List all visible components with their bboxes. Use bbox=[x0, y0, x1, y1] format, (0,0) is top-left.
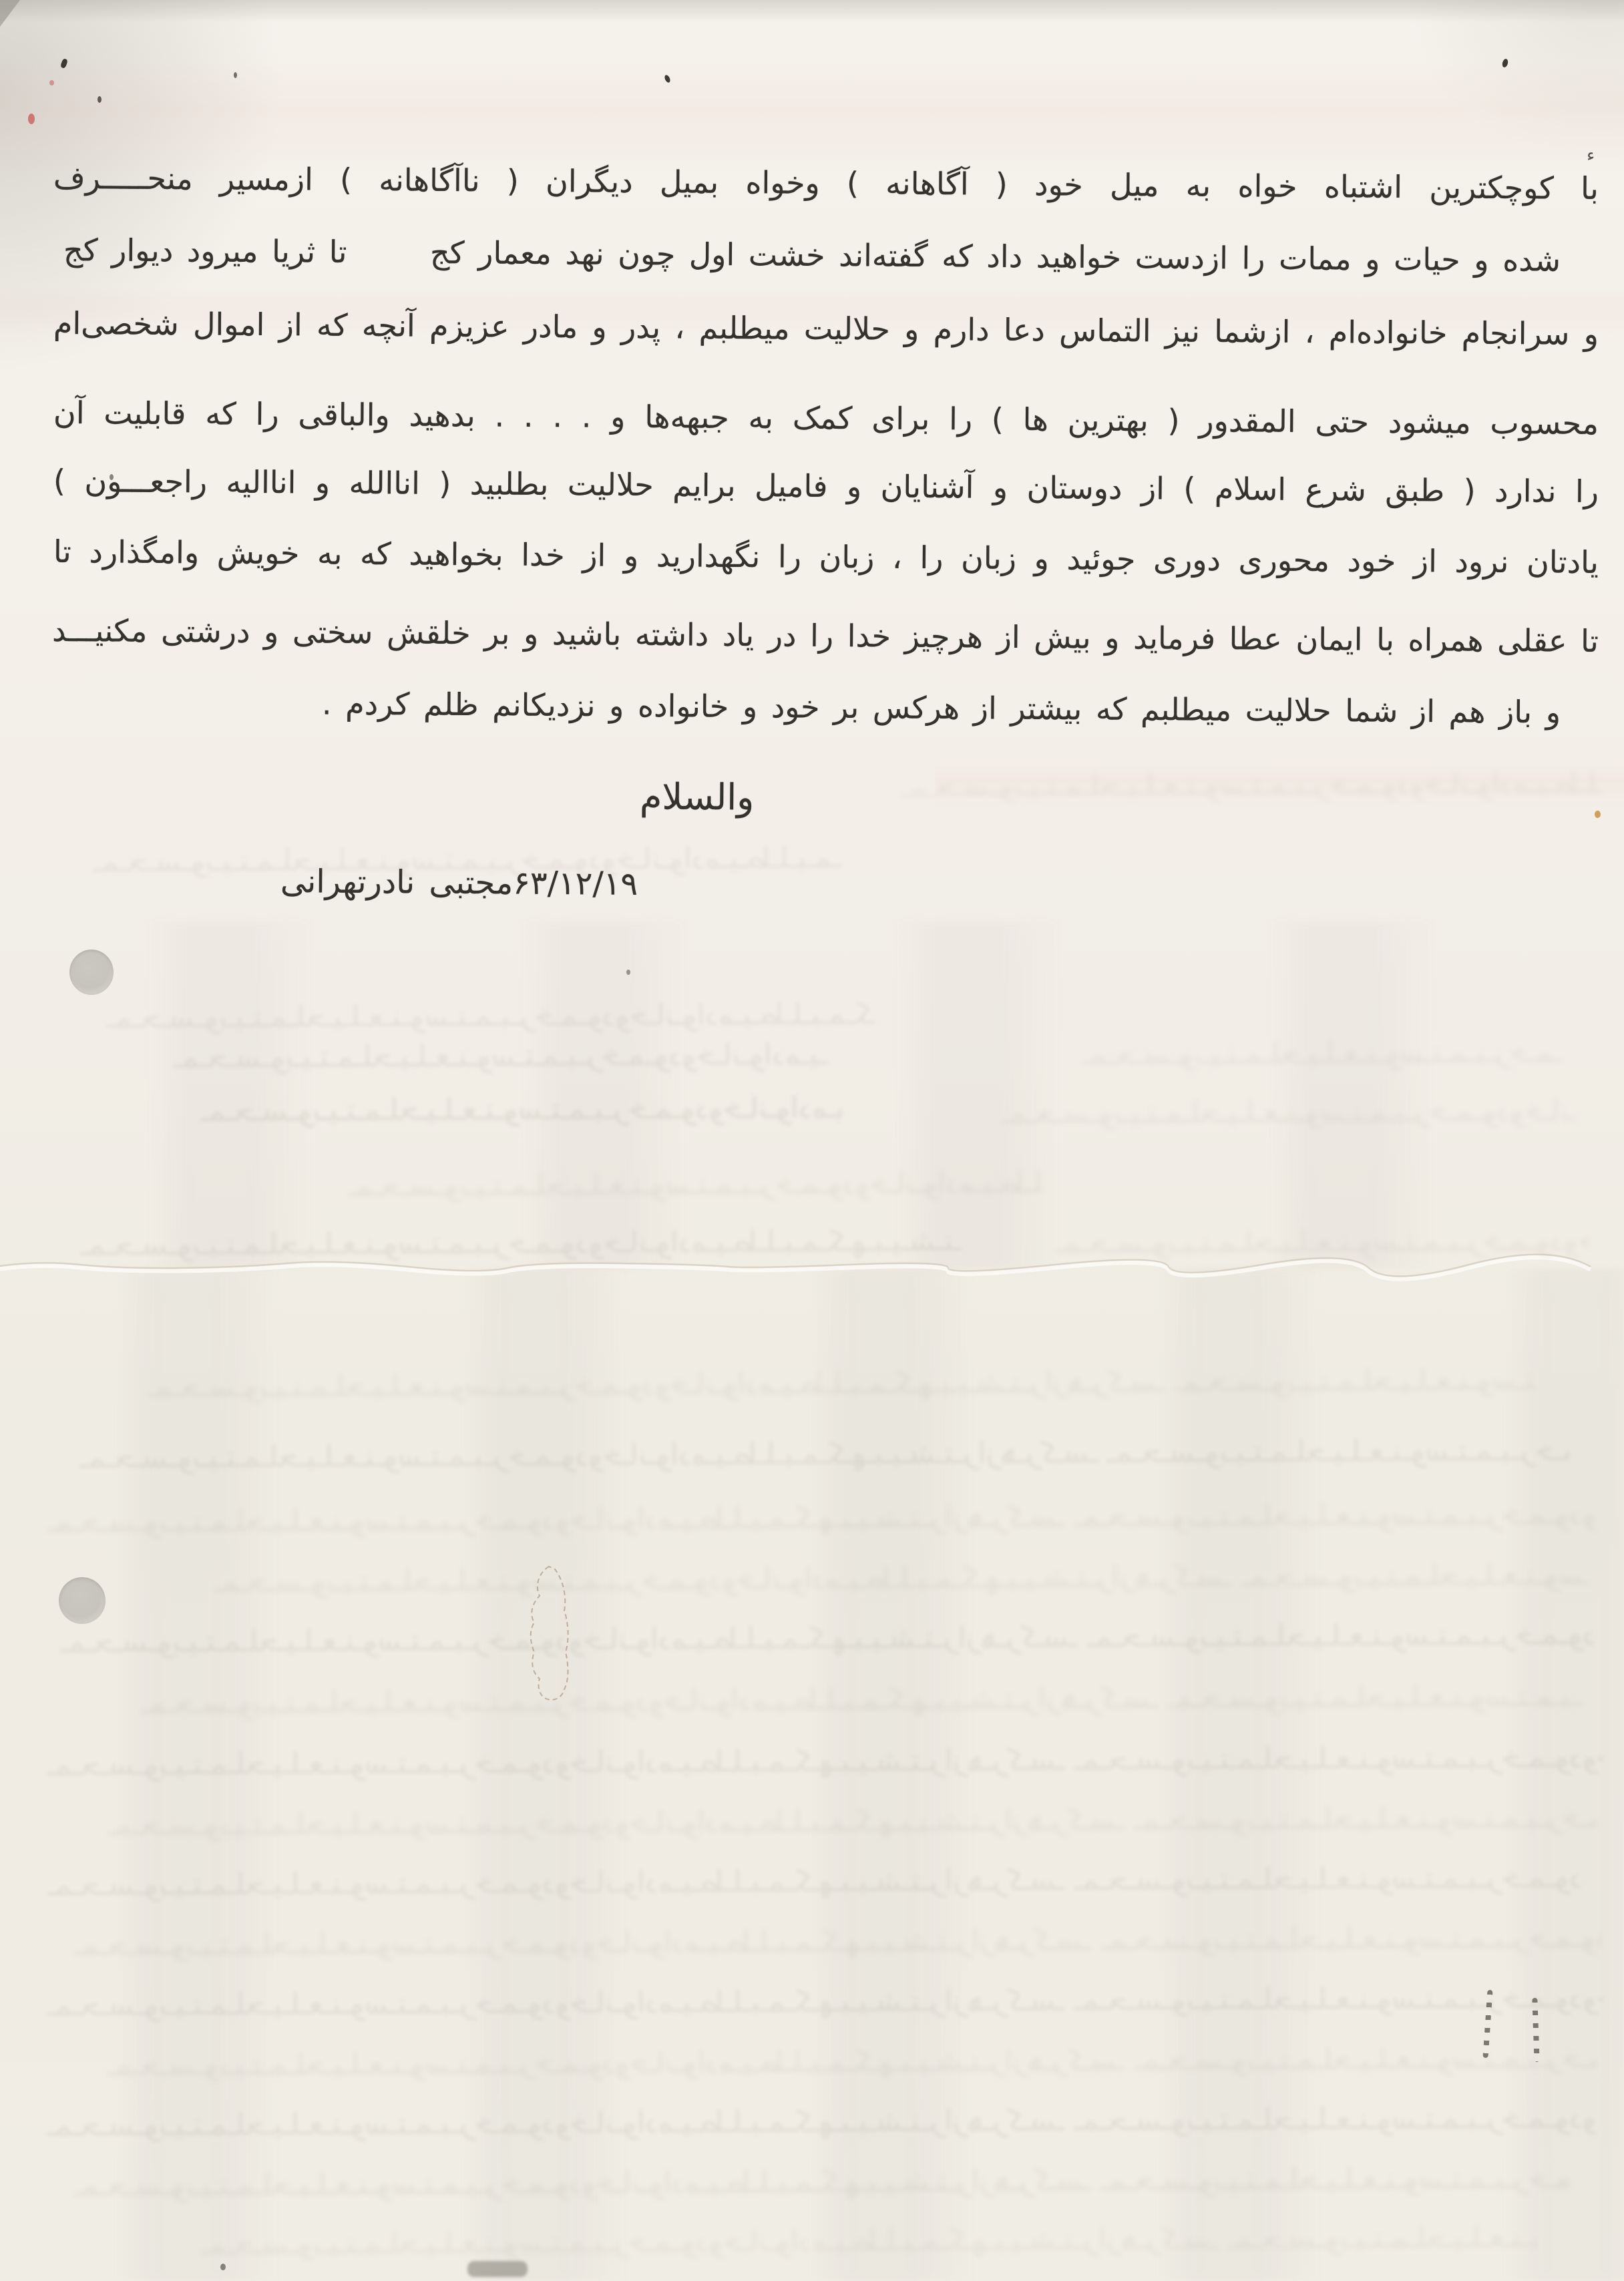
letter-line-7: تا عقلی همراه با ایمان عطا فرماید و بیش … bbox=[53, 612, 1599, 661]
orange-speck bbox=[1595, 811, 1601, 818]
letter-line-2: شده و حیات و ممات را ازدست خواهید داد که… bbox=[63, 231, 1561, 280]
letter-line-3: و سرانجام خانواده‌ام ، ازشما نیز التماس … bbox=[53, 304, 1599, 354]
signature-name: مجتبی نادرتهرانی bbox=[280, 863, 514, 901]
closing-salutation: والسلام bbox=[640, 774, 755, 820]
letter-line-4: محسوب میشود حتی المقدور ( بهترین ها ) را… bbox=[53, 394, 1599, 443]
scanned-letter-page: ء با کوچکترین اشتباه خواه به میل خود ( آ… bbox=[0, 0, 1624, 2281]
ink-speck bbox=[110, 474, 114, 480]
hamza-mark: ء bbox=[1587, 146, 1595, 166]
letter-line-2-main: شده و حیات و ممات را ازدست خواهید داد که… bbox=[430, 234, 1561, 280]
red-speck bbox=[49, 80, 54, 85]
letter-line-8: و باز هم از شما حلالیت میطلبم که بیشتر ا… bbox=[322, 685, 1561, 732]
ink-speck bbox=[220, 2264, 226, 2270]
ink-speck bbox=[97, 96, 101, 103]
letter-body: ء با کوچکترین اشتباه خواه به میل خود ( آ… bbox=[0, 0, 1624, 2281]
signature-line: ۶۳/۱۲/۱۹مجتبی نادرتهرانی bbox=[280, 861, 638, 904]
letter-line-5: را ندارد ( طبق شرع اسلام ) از دوستان و آ… bbox=[53, 462, 1599, 511]
red-speck bbox=[28, 114, 35, 124]
letter-line-2-tail: تا ثریا میرود دیوار کج bbox=[63, 231, 347, 271]
letter-line-6: یادتان نرود از خود محوری دوری جوئید و زب… bbox=[53, 533, 1599, 582]
ink-speck bbox=[626, 970, 630, 975]
signature-date: ۶۳/۱۲/۱۹ bbox=[513, 865, 638, 903]
letter-line-1: با کوچکترین اشتباه خواه به میل خود ( آگا… bbox=[53, 159, 1599, 208]
ink-speck bbox=[234, 72, 237, 78]
bottom-edge-smudge bbox=[467, 2261, 528, 2277]
